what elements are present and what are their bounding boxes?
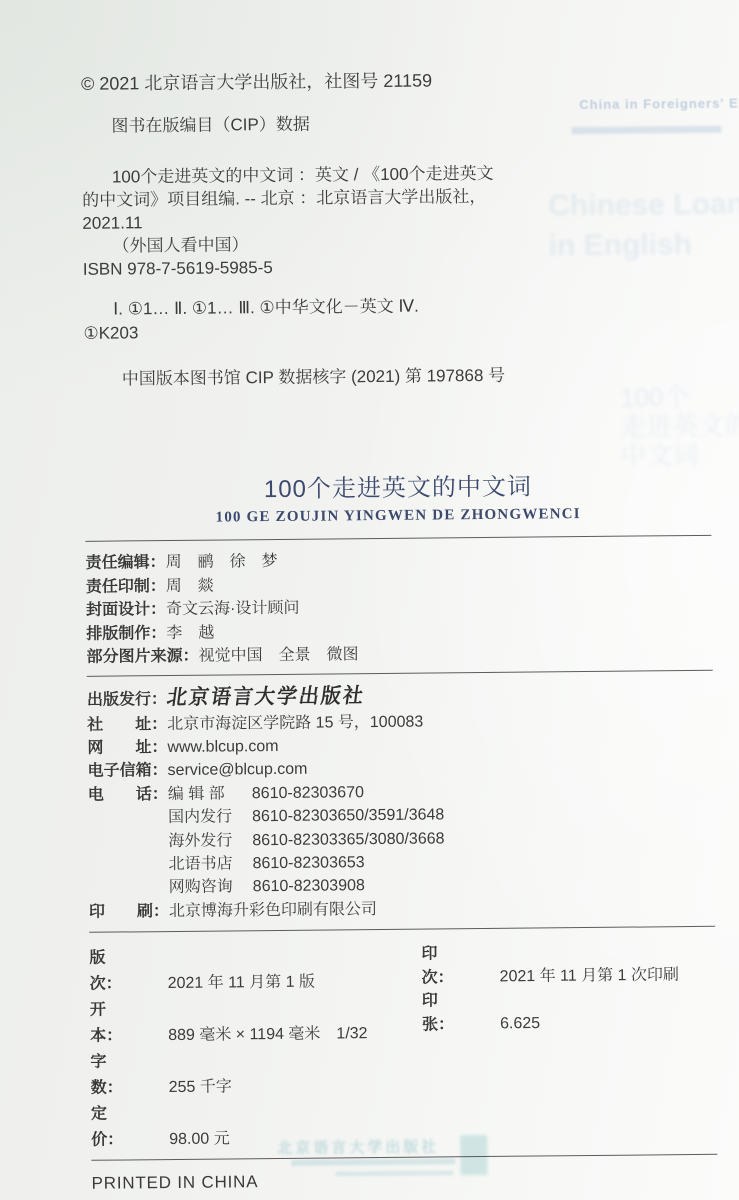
format-row: 开 本：889 毫米 × 1194 毫米 1/32 bbox=[90, 995, 422, 1050]
website-value: www.blcup.com bbox=[167, 738, 278, 756]
email-value: service@blcup.com bbox=[168, 761, 308, 779]
staff-credits: 责任编辑：周 鹂 徐 梦 责任印制：周 燚 封面设计：奇文云海·设计顾问 排版制… bbox=[86, 546, 713, 670]
sheets-label: 印 张： bbox=[422, 989, 500, 1037]
staff-label: 责任印制： bbox=[86, 578, 166, 596]
staff-label: 责任编辑： bbox=[86, 554, 166, 572]
phone-label-spacer bbox=[88, 806, 168, 830]
isbn-line: ISBN 978-7-5619-5985-5 bbox=[83, 252, 709, 281]
cip-classification: Ⅰ. ①1… Ⅱ. ①1… Ⅲ. ①中华文化－英文 Ⅳ. ①K203 bbox=[83, 292, 709, 346]
price-value: 98.00 元 bbox=[169, 1131, 230, 1149]
format-label: 开 本： bbox=[90, 997, 168, 1050]
phone-dept: 国内发行 bbox=[168, 805, 252, 829]
divider-rule-1 bbox=[85, 535, 711, 542]
sheets-value: 6.625 bbox=[500, 1015, 540, 1032]
staff-value: 李 越 bbox=[166, 624, 214, 641]
cip-record-line: 中国版本图书馆 CIP 数据核字 (2021) 第 197868 号 bbox=[84, 362, 710, 391]
divider-rule-4 bbox=[91, 1154, 717, 1161]
wordcount-value: 255 千字 bbox=[169, 1079, 232, 1097]
cip-entry: 100个走进英文的中文词 ：英文 / 《100个走进英文 的中文词》项目组编. … bbox=[82, 160, 709, 281]
staff-label: 排版制作： bbox=[86, 625, 166, 643]
phone-dept: 北语书店 bbox=[168, 852, 252, 876]
address-value: 北京市海淀区学院路 15 号，100083 bbox=[167, 713, 423, 732]
publisher-name-calligraphy: 北京语言大学出版社 bbox=[165, 682, 367, 711]
sheets-row: 印 张：6.625 bbox=[422, 987, 716, 1037]
book-copyright-page-photo: { "copyright_line": "© 2021 北京语言大学出版社，社图… bbox=[0, 0, 739, 1200]
staff-value: 周 鹂 徐 梦 bbox=[166, 553, 278, 571]
cip-heading: 图书在版编目（CIP）数据 bbox=[81, 109, 707, 138]
phone-dept: 编 辑 部 bbox=[168, 782, 252, 806]
page-sheet: China in Foreigners' Eyes Chinese Loanwo… bbox=[0, 0, 739, 1200]
edition-info: 版 次：2021 年 11 月第 1 版 开 本：889 毫米 × 1194 毫… bbox=[89, 940, 717, 1154]
phone-dept: 网购咨询 bbox=[169, 876, 253, 900]
format-value: 889 毫米 × 1194 毫米 1/32 bbox=[168, 1025, 368, 1044]
phone-label-spacer bbox=[88, 830, 168, 854]
staff-row-image-sources: 部分图片来源：视觉中国 全景 微图 bbox=[86, 640, 712, 670]
address-label: 社 址： bbox=[87, 713, 167, 737]
printer-value: 北京博海升彩色印刷有限公司 bbox=[169, 901, 377, 920]
edition-left-column: 版 次：2021 年 11 月第 1 版 开 本：889 毫米 × 1194 毫… bbox=[89, 943, 423, 1154]
publisher-label: 出版发行： bbox=[87, 687, 167, 714]
price-label: 定 价： bbox=[91, 1101, 169, 1154]
edition-row: 版 次：2021 年 11 月第 1 版 bbox=[89, 943, 421, 998]
edition-label: 版 次： bbox=[89, 945, 167, 998]
copyright-line: © 2021 北京语言大学出版社，社图号 21159 bbox=[81, 67, 707, 95]
impression-row: 印 次：2021 年 11 月第 1 次印刷 bbox=[421, 940, 715, 990]
copyright-page-content: © 2021 北京语言大学出版社，社图号 21159 图书在版编目（CIP）数据… bbox=[0, 67, 739, 1196]
impression-value: 2021 年 11 月第 1 次印刷 bbox=[500, 967, 679, 986]
staff-label: 部分图片来源： bbox=[86, 648, 198, 666]
staff-value: 奇文云海·设计顾问 bbox=[166, 600, 300, 618]
printer-label: 印 刷： bbox=[89, 900, 169, 924]
impression-label: 印 次： bbox=[421, 942, 499, 990]
phone-dept: 海外发行 bbox=[168, 829, 252, 853]
email-label: 电子信箱： bbox=[88, 759, 168, 783]
website-label: 网 址： bbox=[87, 736, 167, 760]
wordcount-label: 字 数： bbox=[90, 1049, 168, 1102]
edition-value: 2021 年 11 月第 1 版 bbox=[168, 974, 316, 992]
publisher-info: 出版发行：北京语言大学出版社 社 址：北京市海淀区学院路 15 号，100083… bbox=[87, 679, 715, 924]
phone-label-spacer bbox=[88, 853, 168, 877]
wordcount-row: 字 数：255 千字 bbox=[90, 1047, 422, 1102]
edition-right-column: 印 次：2021 年 11 月第 1 次印刷 印 张：6.625 bbox=[421, 940, 717, 1151]
price-row: 定 价：98.00 元 bbox=[91, 1099, 423, 1154]
phone-label: 电 话： bbox=[88, 783, 168, 807]
staff-label: 封面设计： bbox=[86, 601, 166, 619]
book-title-cn: 100个走进英文的中文词 bbox=[85, 471, 711, 507]
book-title-pinyin: 100 GE ZOUJIN YINGWEN DE ZHONGWENCI bbox=[85, 503, 711, 529]
staff-value: 周 燚 bbox=[166, 577, 214, 594]
divider-rule-3 bbox=[89, 926, 715, 933]
phone-label-spacer bbox=[89, 876, 169, 900]
printer-row: 印 刷：北京博海升彩色印刷有限公司 bbox=[89, 895, 715, 924]
divider-rule-2 bbox=[87, 669, 713, 676]
staff-value: 视觉中国 全景 微图 bbox=[198, 646, 358, 665]
printed-in-china-line: PRINTED IN CHINA bbox=[91, 1167, 717, 1195]
phone-number: 8610-82303908 bbox=[253, 871, 715, 899]
